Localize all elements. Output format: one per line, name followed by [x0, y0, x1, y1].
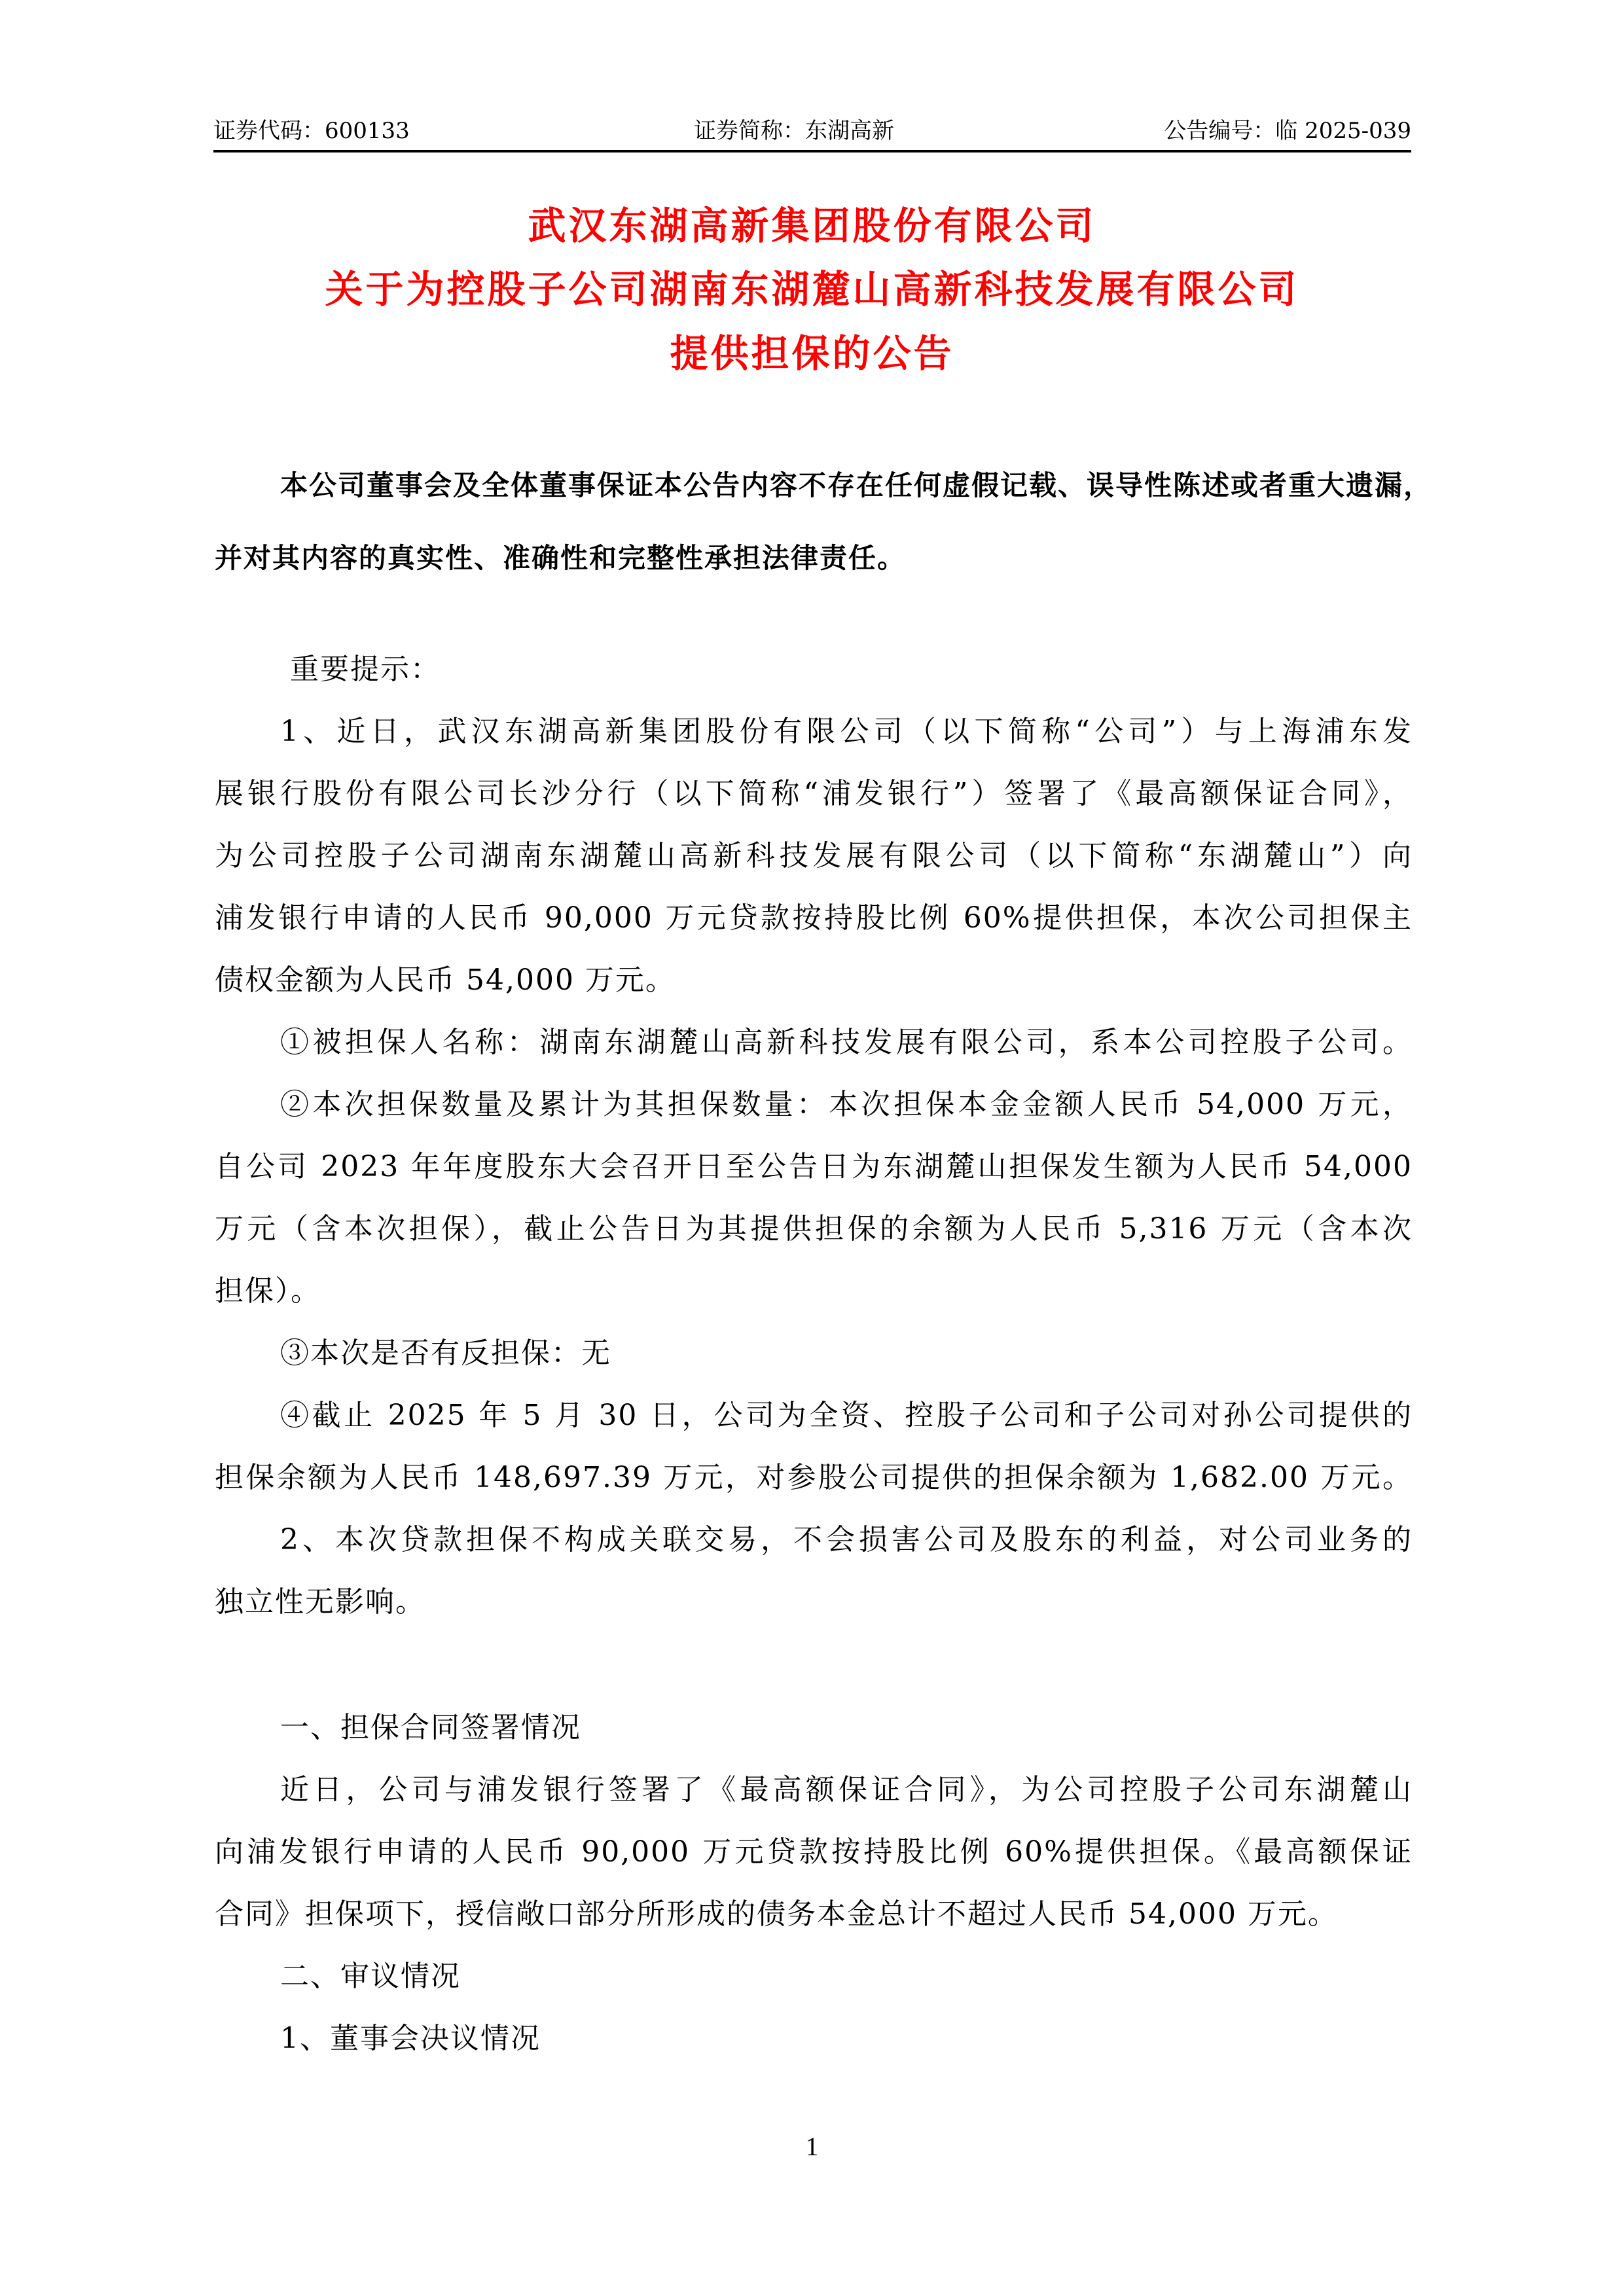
guaranteed-party-line: ①被担保人名称：湖南东湖麓山高新科技发展有限公司，系本公司控股子公司。: [280, 1023, 1413, 1062]
section-2-subheading: 1、董事会决议情况: [280, 2019, 1413, 2058]
stock-code: 证券代码：600133: [213, 117, 410, 145]
section-1-line: 向浦发银行申请的人民币 90,000 万元贷款按持股比例 60%提供担保。《最高…: [215, 1833, 1413, 1872]
notice-item-1-line: 为公司控股子公司湖南东湖麓山高新科技发展有限公司（以下简称“东湖麓山”）向: [215, 836, 1413, 876]
guarantee-balance-line: ④截止 2025 年 5 月 30 日，公司为全资、控股子公司和子公司对孙公司提…: [280, 1396, 1413, 1435]
section-1-line: 近日，公司与浦发银行签署了《最高额保证合同》，为公司控股子公司东湖麓山: [280, 1770, 1413, 1810]
page-number: 1: [0, 2130, 1624, 2163]
statement-line: 本公司董事会及全体董事保证本公告内容不存在任何虚假记载、误导性陈述或者重大遗漏，: [280, 466, 1413, 505]
title-line-3: 提供担保的公告: [0, 327, 1624, 380]
notice-item-2-line: 独立性无影响。: [215, 1583, 1413, 1622]
notice-item-1-line: 展银行股份有限公司长沙分行（以下简称“浦发银行”）签署了《最高额保证合同》，: [215, 774, 1413, 814]
section-2-heading: 二、审议情况: [280, 1957, 1413, 1996]
stock-short-name: 证券简称：东湖高新: [694, 117, 894, 145]
notice-number: 公告编号：临 2025-039: [1164, 117, 1411, 145]
section-1-line: 合同》担保项下，授信敞口部分所形成的债务本金总计不超过人民币 54,000 万元…: [215, 1895, 1413, 1934]
statement-line: 并对其内容的真实性、准确性和完整性承担法律责任。: [215, 539, 1413, 578]
notice-item-1-line: 债权金额为人民币 54,000 万元。: [215, 961, 1413, 1000]
title-line-1: 武汉东湖高新集团股份有限公司: [0, 200, 1624, 252]
title-line-2: 关于为控股子公司湖南东湖麓山高新科技发展有限公司: [0, 263, 1624, 315]
guarantee-balance-line: 担保余额为人民币 148,697.39 万元，对参股公司提供的担保余额为 1,6…: [215, 1458, 1413, 1498]
important-notice-heading: 重要提示：: [290, 650, 1422, 689]
notice-item-1-line: 1、近日，武汉东湖高新集团股份有限公司（以下简称“公司”）与上海浦东发: [280, 712, 1413, 751]
header-divider: [213, 150, 1411, 152]
guarantee-amount-line: 自公司 2023 年年度股东大会召开日至公告日为东湖麓山担保发生额为人民币 54…: [215, 1147, 1413, 1187]
notice-item-2-line: 2、本次贷款担保不构成关联交易，不会损害公司及股东的利益，对公司业务的: [280, 1520, 1413, 1560]
guarantee-amount-line: 担保）。: [215, 1272, 1413, 1311]
guarantee-amount-line: ②本次担保数量及累计为其担保数量：本次担保本金金额人民币 54,000 万元，: [280, 1085, 1413, 1124]
notice-item-1-line: 浦发银行申请的人民币 90,000 万元贷款按持股比例 60%提供担保，本次公司…: [215, 899, 1413, 938]
document-page: 证券代码：600133 证券简称：东湖高新 公告编号：临 2025-039 武汉…: [0, 0, 1624, 2296]
guarantee-amount-line: 万元（含本次担保），截止公告日为其提供担保的余额为人民币 5,316 万元（含本…: [215, 1210, 1413, 1249]
section-1-heading: 一、担保合同签署情况: [280, 1708, 1413, 1748]
counter-guarantee-line: ③本次是否有反担保：无: [280, 1334, 1413, 1373]
